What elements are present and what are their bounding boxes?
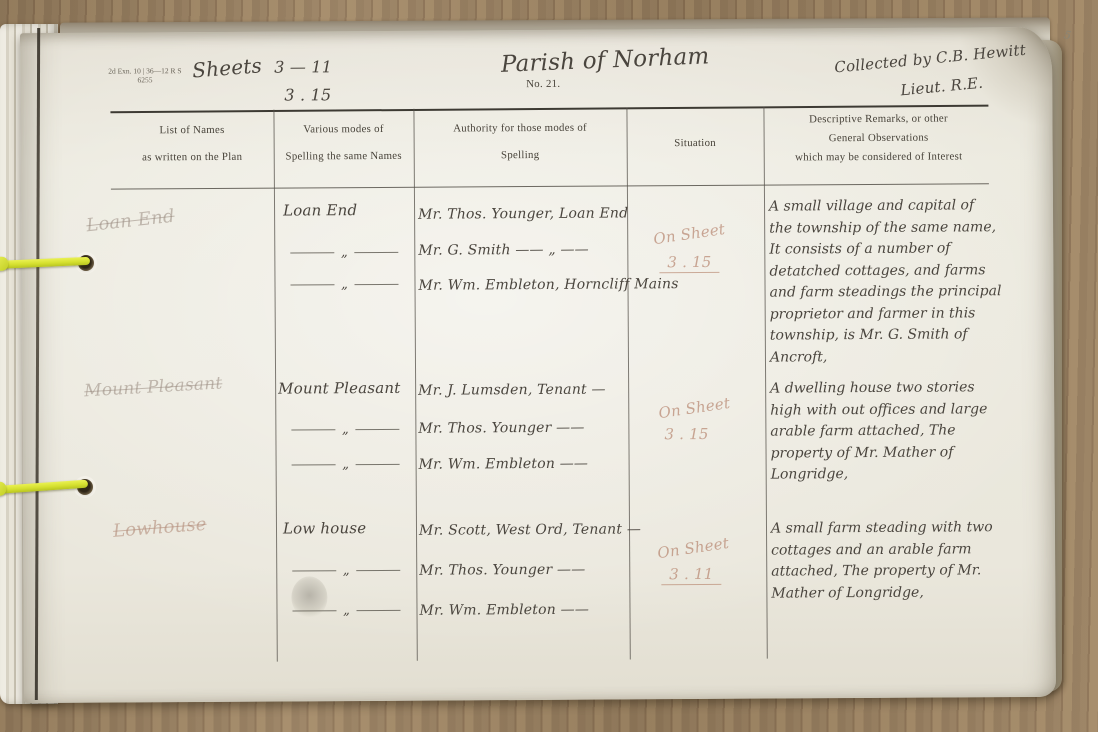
row-2-spelling: Mount Pleasant xyxy=(278,379,400,398)
sheets-label: Sheets xyxy=(191,53,262,82)
row-2-authority-2: Mr. Thos. Younger —— xyxy=(418,420,584,437)
ditto-dash xyxy=(355,284,399,285)
ditto-dash xyxy=(357,570,401,571)
column-header-spelling: Various modes of Spelling the same Names xyxy=(274,123,414,163)
photographed-name-book-page: 5 2d Exn. 10 | 36—12 R S 6255 Sheets 3 —… xyxy=(0,0,1098,732)
ditto-mark: „ xyxy=(343,607,350,615)
ditto-dash xyxy=(355,252,399,253)
column-header-authority: Authority for those modes of Spelling xyxy=(414,121,627,161)
stamp-line-1: 2d Exn. 10 | 36—12 R S xyxy=(108,66,181,75)
row-3-remarks: A small farm steading with two cottages … xyxy=(771,517,1004,604)
row-3-plan-name: Lowhouse xyxy=(112,514,207,542)
row-3-authority-2: Mr. Thos. Younger —— xyxy=(419,562,585,579)
document-page: 5 2d Exn. 10 | 36—12 R S 6255 Sheets 3 —… xyxy=(20,27,1056,703)
column-header-names: List of Names as written on the Plan xyxy=(111,124,274,164)
row-2-authority-1: Mr. J. Lumsden, Tenant — xyxy=(418,382,606,399)
header-names-line-1: List of Names xyxy=(159,124,224,136)
ditto-mark: „ xyxy=(343,567,350,575)
header-authority-line-1: Authority for those modes of xyxy=(453,122,587,135)
printed-stamp: 2d Exn. 10 | 36—12 R S 6255 xyxy=(108,66,181,84)
ditto-mark: „ xyxy=(342,461,349,469)
ditto-dash xyxy=(290,252,334,253)
row-3-ditto-1: „ xyxy=(279,567,413,576)
column-divider-4 xyxy=(763,107,767,659)
sheets-value-1: 3 — 11 xyxy=(274,57,332,76)
ditto-mark: „ xyxy=(341,281,348,289)
sheets-value-2: 3 . 15 xyxy=(284,85,331,104)
column-header-remarks: Descriptive Remarks, or other General Ob… xyxy=(763,112,993,163)
row-1-authority-2: Mr. G. Smith —— „ —— xyxy=(418,242,589,259)
row-1-situation-ref: 3 . 15 xyxy=(659,253,719,273)
row-2-situation-ref: 3 . 15 xyxy=(656,425,716,444)
row-2-remarks: A dwelling house two stories high with o… xyxy=(770,377,1003,486)
row-1-ditto-2: „ xyxy=(277,281,411,290)
row-1-plan-name: Loan End xyxy=(85,206,175,237)
ditto-dash xyxy=(291,429,335,430)
ditto-dash xyxy=(356,464,400,465)
ditto-mark: „ xyxy=(342,426,349,434)
page-number: 5 xyxy=(1063,28,1073,42)
row-2-plan-name: Mount Pleasant xyxy=(84,373,223,401)
ditto-dash xyxy=(291,464,335,465)
table-header-rule xyxy=(111,183,989,189)
column-header-situation: Situation xyxy=(627,137,764,150)
header-names-line-2: as written on the Plan xyxy=(142,151,242,164)
header-remarks-line-2: General Observations xyxy=(829,132,929,145)
header-spelling-line-1: Various modes of xyxy=(303,123,383,135)
header-spelling-line-2: Spelling the same Names xyxy=(285,150,401,163)
row-3-authority-3: Mr. Wm. Embleton —— xyxy=(419,602,589,619)
ditto-dash xyxy=(290,284,334,285)
table-top-rule xyxy=(110,105,988,114)
row-2-situation-sheet: On Sheet xyxy=(657,394,731,422)
parish-title: Parish of Norham xyxy=(440,41,771,81)
row-1-authority-1: Mr. Thos. Younger, Loan End xyxy=(418,205,628,222)
ditto-dash xyxy=(357,610,401,611)
row-2-ditto-2: „ xyxy=(279,461,413,470)
row-1-situation-sheet: On Sheet xyxy=(652,220,726,248)
ink-smudge xyxy=(291,576,327,618)
row-3-authority-1: Mr. Scott, West Ord, Tenant — xyxy=(419,521,641,538)
header-authority-line-2: Spelling xyxy=(501,149,539,161)
header-remarks-line-1: Descriptive Remarks, or other xyxy=(809,112,948,125)
header-remarks-line-3: which may be considered of Interest xyxy=(795,150,962,163)
row-2-authority-3: Mr. Wm. Embleton —— xyxy=(419,456,589,473)
row-3-situation-ref: 3 . 11 xyxy=(661,565,721,585)
ditto-mark: „ xyxy=(341,249,348,257)
row-2-ditto-1: „ xyxy=(278,426,412,435)
ditto-dash xyxy=(356,429,400,430)
row-3-situation-sheet: On Sheet xyxy=(656,534,730,562)
column-divider-3 xyxy=(626,107,630,659)
row-1-ditto-1: „ xyxy=(277,249,411,258)
row-3-spelling: Low house xyxy=(283,519,366,538)
stamp-line-2: 6255 xyxy=(108,75,181,84)
row-1-remarks: A small village and capital of the towns… xyxy=(769,195,1002,368)
row-1-spelling: Loan End xyxy=(283,201,357,219)
record-number: No. 21. xyxy=(463,77,623,90)
ditto-dash xyxy=(292,570,336,571)
row-1-authority-3: Mr. Wm. Embleton, Horncliff Mains xyxy=(418,276,678,294)
